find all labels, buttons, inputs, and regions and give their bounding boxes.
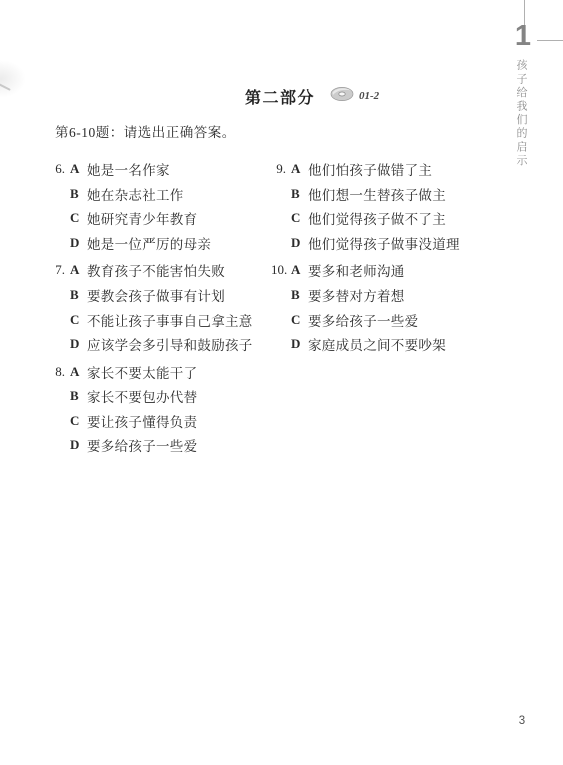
option-letter: C (70, 312, 84, 328)
option-letter: B (291, 287, 305, 303)
option-letter: D (291, 336, 305, 352)
option-text: 家庭成员之间不要吵架 (308, 334, 446, 354)
option-text: 他们想一生替孩子做主 (308, 184, 446, 204)
question-number: 6. (50, 161, 65, 177)
option-text: 不能让孩子事事自己拿主意 (87, 310, 253, 330)
answer-option: C 不能让孩子事事自己拿主意 (50, 307, 271, 332)
questions-right-column: 9. A 他们怕孩子做错了主 B 他们想一生替孩子做主 C 他们觉得孩子做不了主… (271, 157, 543, 461)
answer-option: 10. A 要多和老师沟通 (271, 258, 543, 283)
option-text: 他们觉得孩子做事没道理 (308, 233, 460, 253)
question-block-6: 6. A 她是一名作家 B 她在杂志社工作 C 她研究青少年教育 D (50, 157, 271, 255)
option-text: 要多给孩子一些爱 (308, 310, 418, 330)
option-letter: A (70, 364, 84, 380)
option-text: 家长不要包办代替 (87, 386, 197, 406)
chapter-number: 1 (508, 22, 538, 51)
option-text: 要让孩子懂得负责 (87, 411, 197, 431)
question-number: 9. (271, 161, 286, 177)
answer-option: C 要多给孩子一些爱 (271, 307, 543, 332)
chapter-title-vertical: 孩子给我们的启示 (513, 59, 529, 168)
page-number: 3 (514, 715, 530, 727)
section-header: 第二部分 01-2 (245, 86, 379, 106)
answer-option: 6. A 她是一名作家 (50, 157, 271, 182)
option-letter: C (291, 312, 305, 328)
option-letter: D (70, 235, 84, 251)
answer-option: C 她研究青少年教育 (50, 206, 271, 231)
option-text: 她在杂志社工作 (87, 184, 184, 204)
question-block-7: 7. A 教育孩子不能害怕失败 B 要教会孩子做事有计划 C 不能让孩子事事自己… (50, 258, 271, 356)
option-letter: C (70, 413, 84, 429)
question-block-10: 10. A 要多和老师沟通 B 要多替对方着想 C 要多给孩子一些爱 D (271, 258, 543, 356)
scan-smudge (0, 60, 26, 98)
answer-option: D 他们觉得孩子做事没道理 (271, 231, 543, 256)
option-text: 要多给孩子一些爱 (87, 435, 197, 455)
questions-area: 6. A 她是一名作家 B 她在杂志社工作 C 她研究青少年教育 D (50, 157, 543, 461)
option-letter: C (291, 210, 305, 226)
answer-option: 9. A 他们怕孩子做错了主 (271, 157, 543, 182)
option-letter: A (70, 161, 84, 177)
answer-option: B 要多替对方着想 (271, 283, 543, 308)
section-title: 第二部分 (245, 85, 315, 108)
option-text: 她是一位严厉的母亲 (87, 233, 211, 253)
option-text: 家长不要太能干了 (87, 362, 197, 382)
answer-option: C 要让孩子懂得负责 (50, 409, 271, 434)
answer-option: B 他们想一生替孩子做主 (271, 182, 543, 207)
option-text: 教育孩子不能害怕失败 (87, 260, 225, 280)
option-letter: B (70, 287, 84, 303)
answer-option: D 应该学会多引导和鼓励孩子 (50, 332, 271, 357)
option-text: 要教会孩子做事有计划 (87, 285, 225, 305)
option-text: 她是一名作家 (87, 159, 170, 179)
option-letter: B (70, 388, 84, 404)
audio-track-label: 01-2 (359, 90, 379, 102)
textbook-page: 1 孩子给我们的启示 第二部分 01-2 第6-10题：请选出正确答案。 6. … (0, 0, 563, 765)
option-letter: D (70, 437, 84, 453)
option-text: 他们觉得孩子做不了主 (308, 208, 446, 228)
answer-option: C 他们觉得孩子做不了主 (271, 206, 543, 231)
option-letter: A (291, 262, 305, 278)
cd-icon (330, 86, 354, 107)
option-text: 应该学会多引导和鼓励孩子 (87, 334, 253, 354)
option-letter: A (291, 161, 305, 177)
option-text: 要多替对方着想 (308, 285, 405, 305)
option-letter: C (70, 210, 84, 226)
instruction-text: 第6-10题：请选出正确答案。 (55, 121, 236, 141)
question-number: 8. (50, 364, 65, 380)
option-text: 要多和老师沟通 (308, 260, 405, 280)
answer-option: B 她在杂志社工作 (50, 182, 271, 207)
questions-left-column: 6. A 她是一名作家 B 她在杂志社工作 C 她研究青少年教育 D (50, 157, 271, 461)
option-letter: D (291, 235, 305, 251)
answer-option: 7. A 教育孩子不能害怕失败 (50, 258, 271, 283)
question-block-9: 9. A 他们怕孩子做错了主 B 他们想一生替孩子做主 C 他们觉得孩子做不了主… (271, 157, 543, 255)
answer-option: B 要教会孩子做事有计划 (50, 283, 271, 308)
question-number: 10. (271, 262, 286, 278)
option-text: 她研究青少年教育 (87, 208, 197, 228)
sidebar-side-rule (537, 40, 563, 41)
answer-option: 8. A 家长不要太能干了 (50, 359, 271, 384)
option-letter: B (291, 186, 305, 202)
answer-option: D 她是一位严厉的母亲 (50, 231, 271, 256)
answer-option: D 要多给孩子一些爱 (50, 433, 271, 458)
option-letter: A (70, 262, 84, 278)
question-number: 7. (50, 262, 65, 278)
answer-option: D 家庭成员之间不要吵架 (271, 332, 543, 357)
answer-option: B 家长不要包办代替 (50, 384, 271, 409)
question-block-8: 8. A 家长不要太能干了 B 家长不要包办代替 C 要让孩子懂得负责 D (50, 359, 271, 457)
option-letter: D (70, 336, 84, 352)
option-letter: B (70, 186, 84, 202)
option-text: 他们怕孩子做错了主 (308, 159, 432, 179)
